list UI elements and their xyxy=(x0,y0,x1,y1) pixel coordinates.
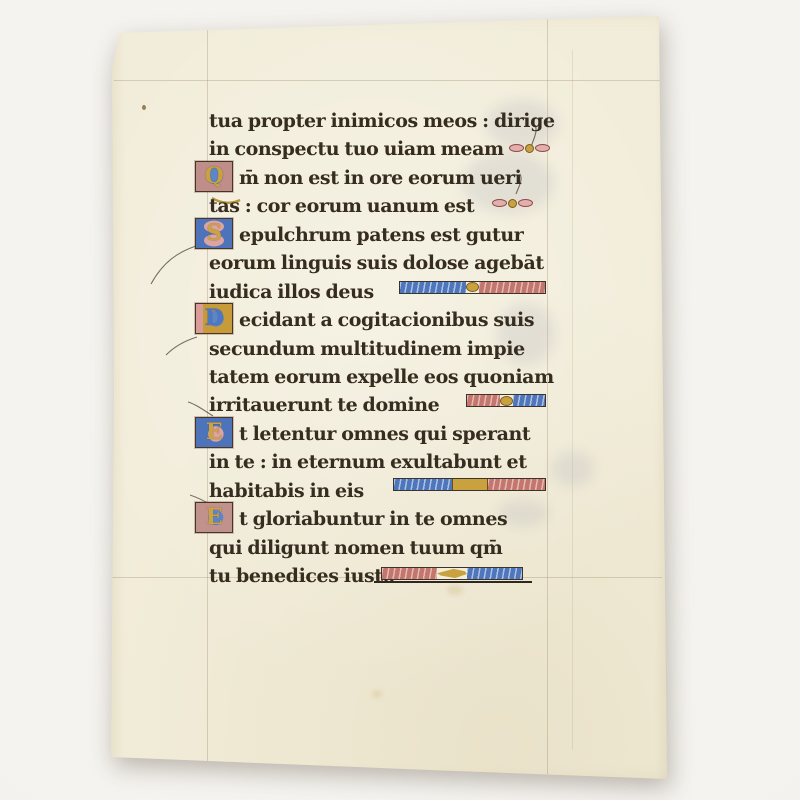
line-text: in conspectu tuo uiam meam xyxy=(209,135,555,163)
text-block: tua propter inimicos meos : dirige in co… xyxy=(209,107,555,590)
line-text: in te : in eternum exultabunt et xyxy=(209,448,555,476)
blue-wave-segment xyxy=(400,282,466,293)
text-line-5: S epulchrum patens est gutur xyxy=(209,221,555,249)
line-text: ecidant a cogitacionibus suis xyxy=(209,306,555,334)
text-line-13: in te : in eternum exultabunt et xyxy=(209,448,555,476)
fox-spot xyxy=(372,690,382,698)
blue-wave-segment xyxy=(467,568,522,579)
line-text: secundum multitudinem impie xyxy=(209,335,555,363)
red-wave-segment xyxy=(467,395,500,406)
text-line-9: secundum multitudinem impie xyxy=(209,335,555,363)
line-text: t letentur omnes qui sperant xyxy=(209,420,555,448)
text-line-15: E t gloriabuntur in te omnes xyxy=(209,505,555,533)
text-line-17: tu benedices iusto xyxy=(209,562,555,590)
pink-petal xyxy=(492,199,507,207)
gold-disc xyxy=(500,396,513,406)
red-wave-segment xyxy=(382,568,437,579)
pink-petal xyxy=(518,199,533,207)
photograph-background: tua propter inimicos meos : dirige in co… xyxy=(0,0,800,800)
illuminated-initial-e: E xyxy=(195,417,233,448)
line-text: tatem eorum expelle eos quoniam xyxy=(209,363,555,391)
showthrough-stain xyxy=(552,452,594,486)
text-line-10: tatem eorum expelle eos quoniam xyxy=(209,363,555,391)
text-line-11: irritauerunt te domine xyxy=(209,391,555,419)
line-text: t gloriabuntur in te omnes xyxy=(209,505,555,533)
text-line-16: qui diligunt nomen tuum qm̄ xyxy=(209,534,555,562)
gold-bud xyxy=(525,144,534,153)
text-line-4: tas : cor eorum uanum est xyxy=(209,192,555,220)
pink-petal xyxy=(509,144,524,152)
line-text: epulchrum patens est gutur xyxy=(209,221,555,249)
text-line-6: eorum linguis suis dolose agebāt xyxy=(209,249,555,277)
gold-bar xyxy=(452,479,488,490)
line-text: qui diligunt nomen tuum qm̄ xyxy=(209,534,555,562)
leaf-sprig-ornament xyxy=(492,196,533,210)
text-line-2: in conspectu tuo uiam meam xyxy=(209,135,555,163)
leaf-sprig-ornament xyxy=(509,141,550,155)
gold-disc xyxy=(466,282,479,292)
blue-wave-segment xyxy=(513,395,546,406)
illuminated-initial-e: E xyxy=(195,502,233,533)
red-wave-segment xyxy=(479,282,545,293)
line-filler-bar xyxy=(399,281,546,294)
line-text: eorum linguis suis dolose agebāt xyxy=(209,249,555,277)
manuscript-leaf-shadow: tua propter inimicos meos : dirige in co… xyxy=(100,10,675,785)
gold-bud xyxy=(508,199,517,208)
ruling-line-left xyxy=(207,18,208,770)
ruling-line-right-outer xyxy=(572,50,573,750)
ruling-line-top xyxy=(114,80,663,81)
blue-wave-segment xyxy=(394,479,452,490)
line-text: tua propter inimicos meos : dirige xyxy=(209,107,555,135)
text-line-3: Q m̄ non est in ore eorum ueri xyxy=(209,164,555,192)
text-line-14: habitabis in eis xyxy=(209,477,555,505)
text-line-8: D ecidant a cogitacionibus suis xyxy=(209,306,555,334)
red-wave-segment xyxy=(488,479,546,490)
illuminated-initial-s: S xyxy=(195,218,233,249)
illuminated-initial-q: Q xyxy=(195,161,233,192)
gold-leaf xyxy=(437,568,467,579)
text-line-1: tua propter inimicos meos : dirige xyxy=(209,107,555,135)
line-filler-bar xyxy=(393,478,546,491)
line-text: m̄ non est in ore eorum ueri xyxy=(209,164,555,192)
pink-petal xyxy=(535,144,550,152)
illuminated-initial-d: D xyxy=(195,303,233,334)
text-line-7: iudica illos deus xyxy=(209,278,555,306)
manuscript-leaf: tua propter inimicos meos : dirige in co… xyxy=(100,10,675,785)
ink-speck xyxy=(142,105,146,110)
line-filler-bar xyxy=(381,567,523,580)
filler-baseline-stroke xyxy=(374,581,532,583)
text-line-12: E t letentur omnes qui sperant xyxy=(209,420,555,448)
line-filler-bar xyxy=(466,394,546,407)
